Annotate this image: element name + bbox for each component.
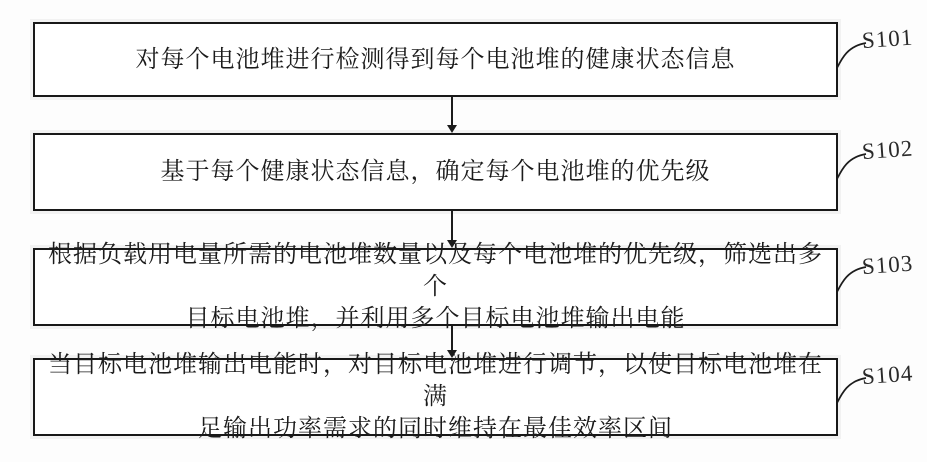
step-text-3: 根据负载用电量所需的电池堆数量以及每个电池堆的优先级，筛选出多个 目标电池堆，并… (35, 239, 836, 335)
step-label-s102: S102 (861, 135, 923, 165)
step-box-4: 当目标电池堆输出电能时，对目标电池堆进行调节，以使目标电池堆在满 足输出功率需求… (33, 358, 838, 436)
step-box-3: 根据负载用电量所需的电池堆数量以及每个电池堆的优先级，筛选出多个 目标电池堆，并… (33, 248, 838, 326)
step-text-4: 当目标电池堆输出电能时，对目标电池堆进行调节，以使目标电池堆在满 足输出功率需求… (35, 349, 836, 445)
step-text-1: 对每个电池堆进行检测得到每个电池堆的健康状态信息 (130, 44, 742, 76)
connector-arrow-down-1 (447, 97, 457, 133)
step-box-1: 对每个电池堆进行检测得到每个电池堆的健康状态信息 (33, 22, 838, 97)
flowchart: 对每个电池堆进行检测得到每个电池堆的健康状态信息 基于每个健康状态信息，确定每个… (0, 0, 927, 462)
step-text-2: 基于每个健康状态信息，确定每个电池堆的优先级 (155, 156, 717, 188)
step-label-s104: S104 (861, 360, 923, 390)
step-box-2: 基于每个健康状态信息，确定每个电池堆的优先级 (33, 133, 838, 211)
step-label-s103: S103 (861, 250, 923, 280)
step-label-s101: S101 (861, 24, 923, 54)
